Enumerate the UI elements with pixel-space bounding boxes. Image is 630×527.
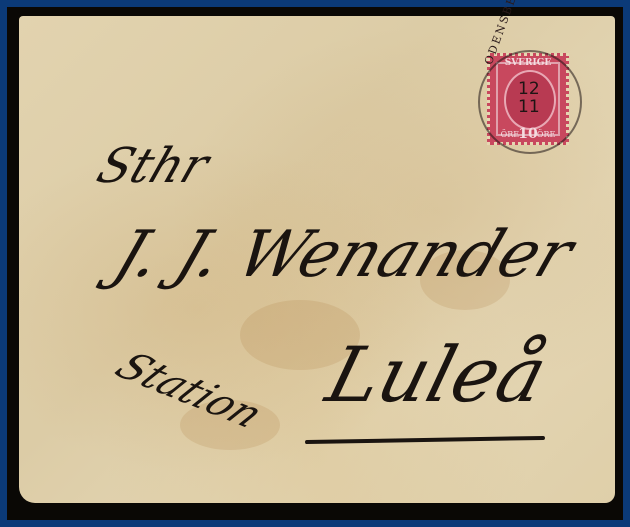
- address-city: Luleå: [318, 330, 556, 419]
- address-line-1: Sthr: [90, 138, 216, 194]
- address-line-2: J. J. Wenander: [105, 218, 583, 292]
- postmark-date: 12 11: [518, 80, 540, 116]
